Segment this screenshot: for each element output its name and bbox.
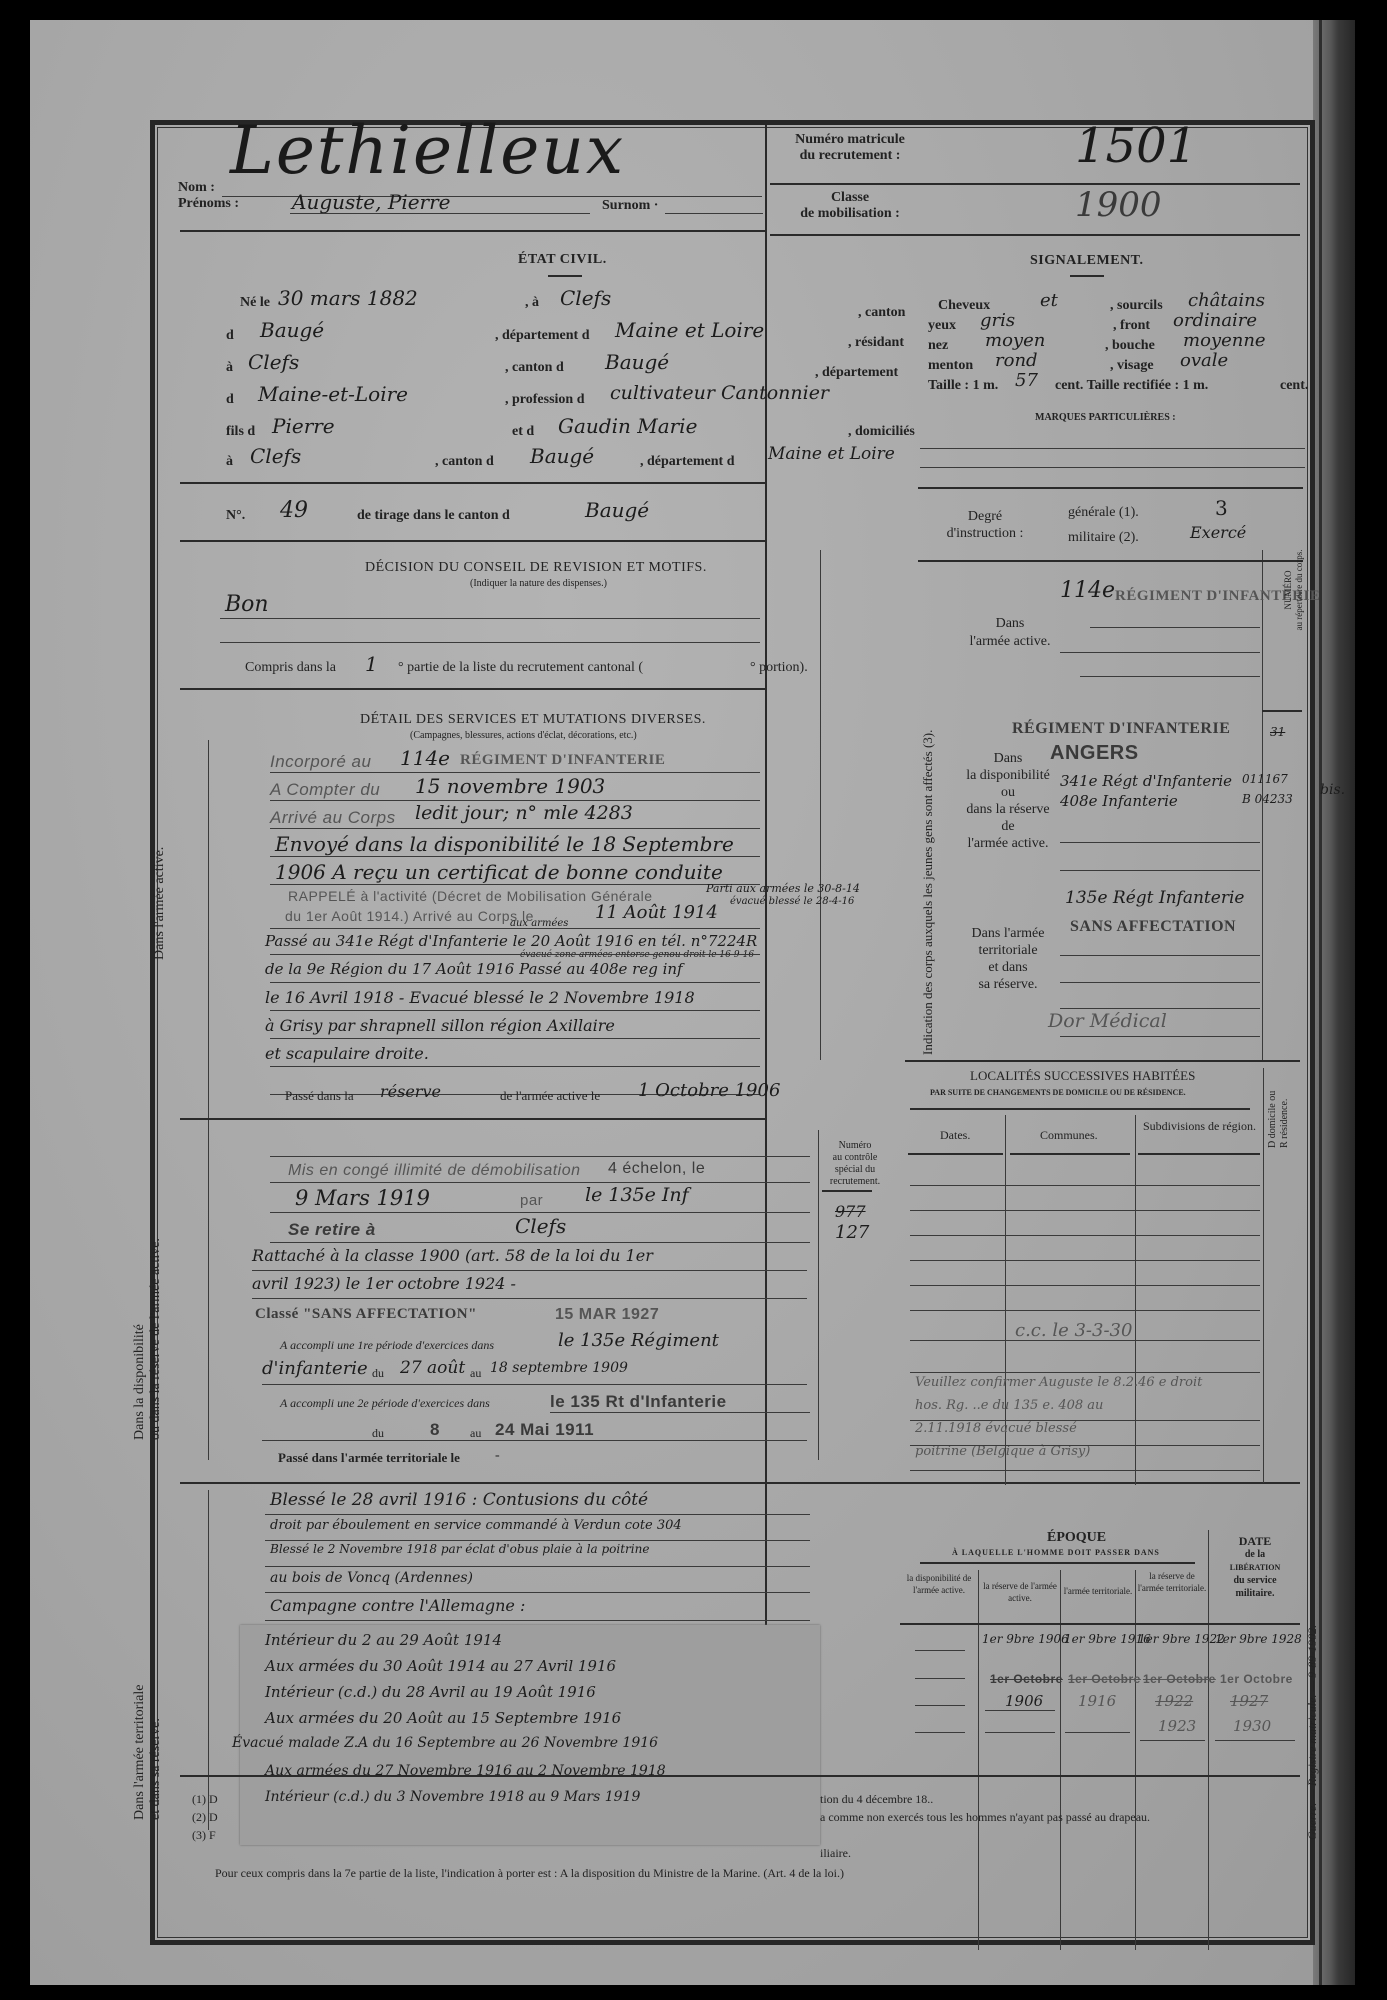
footnote-1-tail: tion du 4 décembre 18.. bbox=[820, 1792, 933, 1807]
date-label-1: DATE bbox=[1210, 1535, 1300, 1548]
surnom-label: Surnom · bbox=[602, 198, 658, 214]
dr-label-1: D domicile ou bbox=[1267, 1091, 1279, 1148]
numero-matricule-value: 1501 bbox=[1075, 118, 1197, 174]
ne-le-value: 30 mars 1882 bbox=[278, 286, 418, 310]
epoque-col-4: la réserve de l'armée territoriale. bbox=[1137, 1570, 1207, 1594]
localites-entry-cc: c.c. le 3-3-30 bbox=[1015, 1320, 1132, 1341]
residant-label: , résidant bbox=[848, 335, 904, 351]
front-label: , front bbox=[1113, 318, 1150, 334]
rule bbox=[915, 1705, 965, 1706]
rule bbox=[1065, 1732, 1130, 1733]
divider bbox=[770, 183, 1300, 185]
detail-line-5: et scapulaire droite. bbox=[265, 1044, 429, 1063]
terr-line-5: Campagne contre l'Allemagne : bbox=[270, 1596, 525, 1615]
passe-date-value: 1 Octobre 1906 bbox=[638, 1080, 780, 1101]
localites-note-3: 2.11.1918 évacué blessé bbox=[915, 1421, 1077, 1436]
dispo-label-6: l'armée active. bbox=[948, 835, 1068, 852]
divider bbox=[180, 688, 765, 690]
rule bbox=[270, 800, 760, 801]
conge-date: 9 Mars 1919 bbox=[295, 1186, 430, 1210]
liberation-header: DATE de la LIBÉRATION du service militai… bbox=[1210, 1535, 1300, 1600]
rule bbox=[900, 1623, 1300, 1625]
nom-value: Lethielleux bbox=[230, 112, 625, 189]
a-value: Clefs bbox=[560, 286, 611, 310]
rule bbox=[270, 772, 760, 773]
affect-dispo-numero-1: 011167 bbox=[1242, 772, 1288, 786]
side-label-active: Dans l'armée active. bbox=[152, 847, 168, 960]
rule bbox=[915, 1650, 965, 1651]
service-line-2: 1906 A reçu un certificat de bonne condu… bbox=[275, 860, 723, 884]
terr-label-4: sa réserve. bbox=[948, 976, 1068, 993]
epoque-col-3: l'armée territoriale. bbox=[1062, 1585, 1134, 1597]
rule bbox=[1090, 627, 1260, 628]
controle-value-1: 977 bbox=[835, 1202, 866, 1221]
marques-label: MARQUES PARTICULIÈRES : bbox=[1035, 412, 1176, 423]
title-rule bbox=[548, 275, 582, 277]
retire-value: Clefs bbox=[515, 1214, 566, 1238]
residant-canton-label: , canton d bbox=[505, 360, 564, 376]
side-label-dispo-1: Dans la disponibilité bbox=[132, 1238, 148, 1440]
terr-label-1: Dans l'armée bbox=[948, 925, 1068, 942]
detail-line-2: de la 9e Région du 17 Août 1916 Passé au… bbox=[265, 960, 683, 978]
ne-le-label: Né le bbox=[240, 295, 270, 311]
affect-active-label: Dans l'armée active. bbox=[955, 615, 1065, 651]
residant-departement-value: Maine-et-Loire bbox=[258, 382, 408, 406]
numero-label-2: du recrutement : bbox=[780, 148, 920, 164]
annotation-top-2: évacué blessé le 28-4-16 bbox=[730, 896, 854, 907]
epoque-col bbox=[1135, 1570, 1136, 1950]
militaire-value: Exercé bbox=[1190, 523, 1246, 542]
footnote-2-tail: a comme non exercés tous les hommes n'ay… bbox=[820, 1810, 1150, 1825]
detail-line-4: à Grisy par shrapnell sillon région Axil… bbox=[265, 1016, 615, 1035]
rattache-line-2: avril 1923) le 1er octobre 1924 - bbox=[252, 1274, 516, 1293]
rule bbox=[270, 828, 760, 829]
conseil-decision-value: Bon bbox=[225, 592, 269, 617]
localites-col-communes: Communes. bbox=[1040, 1128, 1098, 1143]
epoque-r3-c4: 1922 bbox=[1155, 1692, 1193, 1710]
affect-terr-value: 135e Régt Infanterie bbox=[1065, 888, 1244, 908]
rule bbox=[910, 1285, 1260, 1286]
periode2-au-label: au bbox=[470, 1426, 481, 1441]
periode2-value: le 135 Rt d'Infanterie bbox=[550, 1392, 727, 1412]
annotation-aux-armees: aux armées bbox=[510, 918, 568, 929]
col-divider bbox=[1263, 1068, 1264, 1483]
rule bbox=[220, 642, 760, 643]
numero-label-1: Numéro matricule bbox=[780, 132, 920, 148]
rule bbox=[1060, 1036, 1260, 1037]
compter-label: A Compter du bbox=[270, 780, 380, 800]
taille-rectifiee-label: cent. Taille rectifiée : 1 m. bbox=[1055, 378, 1208, 394]
rule bbox=[1262, 710, 1302, 712]
affect-dispo-numero-2: B 04233 bbox=[1242, 792, 1293, 806]
par-value: le 135e Inf bbox=[585, 1184, 689, 1206]
divider bbox=[180, 1482, 1300, 1484]
epoque-col-2: la réserve de l'armée active. bbox=[980, 1580, 1060, 1604]
rule bbox=[910, 1420, 1260, 1421]
side-label-dispo-2: ou dans la réserve de l'armée active. bbox=[148, 1238, 164, 1440]
rule bbox=[985, 1710, 1055, 1711]
affect-terr-stamp: SANS AFFECTATION bbox=[1070, 918, 1236, 936]
periode2-au-value: 24 Mai 1911 bbox=[495, 1420, 594, 1440]
terr-label-2: territoriale bbox=[948, 942, 1068, 959]
rule bbox=[252, 1298, 807, 1299]
divider bbox=[918, 487, 1303, 489]
epoque-r2-c3: 1er Octobre bbox=[1068, 1672, 1141, 1686]
periode1-value-2: d'infanterie bbox=[262, 1358, 368, 1379]
residant-value: Clefs bbox=[248, 350, 299, 374]
epoque-divider bbox=[1208, 1530, 1209, 1950]
rule bbox=[270, 1066, 760, 1067]
compris-label-2: ° partie de la liste du recrutement cant… bbox=[398, 660, 643, 676]
periode1-du-value: 27 août bbox=[400, 1358, 465, 1378]
domicile-departement-value: Maine et Loire bbox=[768, 444, 895, 464]
divider bbox=[180, 482, 765, 484]
sourcils-label: , sourcils bbox=[1110, 298, 1163, 314]
rule bbox=[265, 1592, 810, 1593]
rule bbox=[910, 1470, 1260, 1471]
degre-label-1: Degré bbox=[925, 508, 1045, 525]
rattache-line-1: Rattaché à la classe 1900 (art. 58 de la… bbox=[252, 1246, 653, 1265]
rule bbox=[1010, 1153, 1130, 1155]
rule bbox=[270, 954, 760, 955]
domicile-residence-label: D domicile ou R résidence. bbox=[1267, 1091, 1291, 1148]
terr-line-4: au bois de Voncq (Ardennes) bbox=[270, 1570, 473, 1586]
rappele-value: 11 Août 1914 bbox=[595, 902, 718, 923]
classe-label-2: de mobilisation : bbox=[780, 206, 920, 222]
arrive-label: Arrivé au Corps bbox=[270, 808, 396, 828]
controle-label-4: recrutement. bbox=[822, 1176, 888, 1188]
rule bbox=[920, 1562, 1195, 1564]
rule bbox=[265, 1620, 810, 1621]
rule bbox=[270, 1010, 760, 1011]
taille-label: Taille : 1 m. bbox=[928, 378, 998, 394]
side-label-dispo: Dans la disponibilité ou dans la réserve… bbox=[132, 1238, 164, 1440]
generale-label: générale (1). bbox=[1068, 505, 1139, 521]
pere-value: Pierre bbox=[272, 414, 335, 438]
affect-dispo-stamp-2: ANGERS bbox=[1050, 742, 1139, 765]
footnote-3-tail: iliaire. bbox=[820, 1846, 851, 1861]
localites-note-2: hos. Rg. ..e du 135 e. 408 au bbox=[915, 1398, 1103, 1413]
date-label-3: LIBÉRATION bbox=[1210, 1561, 1300, 1574]
localites-subtitle: PAR SUITE DE CHANGEMENTS DE DOMICILE OU … bbox=[930, 1088, 1186, 1097]
localites-col-subdivisions: Subdivisions de région. bbox=[1142, 1120, 1257, 1133]
yeux-label: yeux bbox=[928, 318, 956, 334]
compris-label: Compris dans la bbox=[245, 660, 336, 676]
rule bbox=[910, 1260, 1260, 1261]
rule bbox=[1060, 982, 1260, 983]
affect-dispo-label: Dans la disponibilité ou dans la réserve… bbox=[948, 750, 1068, 852]
pasted-campaign-slip: Intérieur du 2 au 29 Août 1914 Aux armée… bbox=[240, 1625, 820, 1845]
side-label-terr-2: et dans sa réserve. bbox=[148, 1685, 164, 1820]
terr-line-3: Blessé le 2 Novembre 1918 par éclat d'ob… bbox=[270, 1542, 649, 1556]
territoriale-label: Passé dans l'armée territoriale le bbox=[278, 1450, 460, 1466]
terr-line-1: Blessé le 28 avril 1916 : Contusions du … bbox=[270, 1490, 648, 1510]
services-bracket bbox=[208, 740, 209, 1150]
services-subtitle: (Campagnes, blessures, actions d'éclat, … bbox=[410, 730, 637, 741]
profession-value: cultivateur Cantonnier bbox=[610, 382, 829, 404]
campaign-line-3: Intérieur (c.d.) du 28 Avril au 19 Août … bbox=[265, 1683, 596, 1701]
epoque-r2-c4: 1er Octobre bbox=[1143, 1672, 1216, 1686]
epoque-col-1: la disponibilité de l'armée active. bbox=[900, 1572, 978, 1596]
rule bbox=[550, 1412, 810, 1413]
epoque-r3-c3: 1916 bbox=[1078, 1692, 1116, 1710]
localites-note-4: poitrine (Belgique à Grisy) bbox=[915, 1444, 1090, 1459]
prenoms-line bbox=[290, 213, 590, 214]
date-label-4: du service bbox=[1210, 1574, 1300, 1587]
campaign-line-1: Intérieur du 2 au 29 Août 1914 bbox=[265, 1631, 502, 1649]
rule bbox=[252, 1270, 807, 1271]
campaign-line-4: Aux armées du 20 Août au 15 Septembre 19… bbox=[265, 1709, 621, 1727]
militaire-label: militaire (2). bbox=[1068, 530, 1139, 546]
tirage-label: de tirage dans le canton d bbox=[357, 508, 510, 524]
rule bbox=[1080, 676, 1260, 677]
domicile-value: Clefs bbox=[250, 444, 301, 468]
rule bbox=[910, 1210, 1260, 1211]
residant-a-label: à bbox=[226, 360, 233, 376]
front-value: ordinaire bbox=[1173, 310, 1257, 331]
nez-label: nez bbox=[928, 338, 948, 354]
rule bbox=[910, 1235, 1260, 1236]
rule bbox=[270, 1212, 810, 1213]
epoque-r3-c5: 1927 bbox=[1230, 1692, 1268, 1710]
side-label-terr-1: Dans l'armée territoriale bbox=[132, 1685, 148, 1820]
dr-label-2: R résidence. bbox=[1279, 1091, 1291, 1148]
periode1-du-label: du bbox=[372, 1366, 384, 1381]
title-rule bbox=[1070, 275, 1104, 277]
nez-value: moyen bbox=[985, 330, 1045, 351]
menton-label: menton bbox=[928, 358, 973, 374]
campaign-line-7: Intérieur (c.d.) du 3 Novembre 1918 au 9… bbox=[265, 1789, 640, 1805]
residant-departement-label: , département bbox=[815, 365, 898, 381]
rule bbox=[910, 1108, 1250, 1110]
rule bbox=[1060, 1008, 1260, 1009]
yeux-value: gris bbox=[980, 310, 1015, 331]
rappele-label-2: du 1er Août 1914.) Arrivé au Corps le bbox=[285, 908, 534, 924]
footnote-2: (2) D bbox=[192, 1810, 218, 1825]
compris-value: 1 bbox=[365, 652, 378, 676]
conseil-subtitle: (Indiquer la nature des dispenses.) bbox=[470, 578, 607, 589]
active-label-2: l'armée active. bbox=[955, 633, 1065, 651]
rule bbox=[265, 1566, 810, 1567]
active-label-1: Dans bbox=[955, 615, 1065, 633]
rule bbox=[270, 884, 760, 885]
dept-de-label: d bbox=[226, 392, 234, 408]
classe-mobilisation-label: Classe de mobilisation : bbox=[780, 190, 920, 222]
conseil-title: DÉCISION DU CONSEIL DE REVISION ET MOTIF… bbox=[365, 560, 707, 576]
passe-label-2: de l'armée active le bbox=[500, 1088, 600, 1104]
annotation-mid: évacué zone armées entorse genou droit l… bbox=[520, 950, 754, 960]
rule bbox=[915, 1678, 965, 1679]
affect-terr-label: Dans l'armée territoriale et dans sa rés… bbox=[948, 925, 1068, 993]
terr-line-2: droit par éboulement en service commandé… bbox=[270, 1518, 682, 1533]
rule bbox=[1060, 842, 1260, 843]
dispo-label-3: ou bbox=[948, 784, 1068, 801]
taille-value: 57 bbox=[1015, 370, 1038, 391]
rule bbox=[1060, 870, 1260, 871]
epoque-r1-c5: 1er 9bre 1928 bbox=[1215, 1632, 1302, 1646]
domicile-a-label: à bbox=[226, 454, 233, 470]
periode1-au-value: 18 septembre 1909 bbox=[490, 1360, 628, 1376]
detail-line-1: Passé au 341e Régt d'Infanterie le 20 Ao… bbox=[265, 932, 757, 950]
classe-mobilisation-value: 1900 bbox=[1075, 185, 1162, 225]
rule bbox=[910, 1185, 1260, 1186]
rule bbox=[822, 1190, 872, 1192]
divider bbox=[180, 230, 765, 232]
epoque-r4-c4: 1923 bbox=[1158, 1717, 1196, 1735]
dispo-label-5: de bbox=[948, 818, 1068, 835]
retire-label: Se retire à bbox=[288, 1220, 376, 1240]
dispo-label-4: dans la réserve bbox=[948, 801, 1068, 818]
terr-bracket bbox=[208, 1490, 209, 1830]
fils-de-label: fils d bbox=[226, 424, 255, 440]
localites-title: LOCALITÉS SUCCESSIVES HABITÉES bbox=[970, 1068, 1195, 1084]
periode2-du-label: du bbox=[372, 1426, 384, 1441]
tirage-no-label: N°. bbox=[226, 508, 245, 524]
register-page: Nom : Lethielleux Prénoms : Auguste, Pie… bbox=[30, 20, 1355, 1985]
rule bbox=[270, 1182, 810, 1183]
footnote-1: (1) D bbox=[192, 1792, 218, 1807]
departement-label: , département d bbox=[495, 328, 590, 344]
rule bbox=[1060, 955, 1260, 956]
controle-label-1: Numéro bbox=[822, 1140, 888, 1152]
divider bbox=[918, 560, 1303, 562]
affectations-side-label: Indication des corps auxquels les jeunes… bbox=[920, 730, 936, 1055]
printer-imprint: Guerre. — Registre matricule. — 9-89-190… bbox=[1305, 1625, 1320, 1840]
rule bbox=[270, 1038, 760, 1039]
footnote-4: Pour ceux compris dans la 7e partie de l… bbox=[215, 1866, 844, 1881]
divider bbox=[180, 1118, 765, 1120]
annotation-top-1: Parti aux armées le 30-8-14 bbox=[706, 882, 860, 895]
date-label-5: militaire. bbox=[1210, 1587, 1300, 1600]
controle-header: Numéro au contrôle spécial du recrutemen… bbox=[822, 1140, 888, 1188]
classe-sans-affectation: Classé "SANS AFFECTATION" bbox=[255, 1306, 477, 1323]
passe-label: Passé dans la bbox=[285, 1088, 354, 1104]
arrive-value: ledit jour; n° mle 4283 bbox=[415, 802, 633, 824]
conge-echelon: 4 échelon, le bbox=[608, 1160, 705, 1178]
departement-value: Maine et Loire bbox=[615, 318, 764, 342]
rule bbox=[1060, 652, 1260, 653]
numero-repertoire-label: NUMÉRO au répertoire du corps. bbox=[1283, 530, 1305, 650]
periode1-au-label: au bbox=[470, 1366, 481, 1381]
affect-side-divider bbox=[820, 550, 821, 1060]
services-title: DÉTAIL DES SERVICES ET MUTATIONS DIVERSE… bbox=[360, 712, 706, 728]
profession-label: , profession d bbox=[505, 392, 584, 408]
bouche-value: moyenne bbox=[1183, 330, 1266, 351]
a-label: , à bbox=[525, 295, 539, 311]
sourcils-value: châtains bbox=[1188, 290, 1265, 311]
epoque-col bbox=[1060, 1570, 1061, 1950]
rule bbox=[270, 1156, 810, 1157]
degre-instruction-label: Degré d'instruction : bbox=[925, 508, 1045, 542]
campaign-line-5: Évacué malade Z.A du 16 Septembre au 26 … bbox=[232, 1735, 658, 1751]
epoque-r2-c2: 1er Octobre bbox=[990, 1672, 1063, 1686]
rule bbox=[262, 1440, 807, 1441]
canton-value: Baugé bbox=[260, 318, 324, 342]
epoque-r1-c2: 1er 9bre 1906 bbox=[982, 1632, 1069, 1646]
numero-matricule-label: Numéro matricule du recrutement : bbox=[780, 132, 920, 164]
dispo-bracket bbox=[208, 1150, 209, 1460]
affect-dispo-stamp-1: RÉGIMENT D'INFANTERIE bbox=[1012, 720, 1230, 738]
epoque-title: ÉPOQUE bbox=[1047, 1530, 1106, 1546]
conge-label: Mis en congé illimité de démobilisation bbox=[288, 1162, 581, 1180]
rule bbox=[262, 1384, 807, 1385]
affect-terr-bottom: Dor Médical bbox=[1048, 1010, 1167, 1032]
periode2-label: A accompli une 2e période d'exercices da… bbox=[280, 1396, 490, 1411]
divider bbox=[180, 540, 765, 542]
par-label: par bbox=[520, 1192, 543, 1209]
incorpore-label: Incorporé au bbox=[270, 752, 371, 772]
numero-rep-2: au répertoire du corps. bbox=[1294, 530, 1305, 650]
side-label-terr: Dans l'armée territoriale et dans sa rés… bbox=[132, 1685, 164, 1820]
rule bbox=[908, 1153, 1003, 1155]
controle-label-3: spécial du bbox=[822, 1164, 888, 1176]
tirage-canton-value: Baugé bbox=[585, 498, 649, 522]
rule bbox=[920, 448, 1305, 449]
rule bbox=[915, 1732, 965, 1733]
etat-civil-title: ÉTAT CIVIL. bbox=[518, 252, 607, 268]
mere-value: Gaudin Marie bbox=[558, 414, 697, 438]
affect-active-value: 114e bbox=[1060, 578, 1115, 603]
rule bbox=[265, 1540, 810, 1541]
periode1-value: le 135e Régiment bbox=[558, 1330, 719, 1351]
incorpore-value: 114e bbox=[400, 746, 450, 770]
localites-note-1: Veuillez confirmer Auguste le 8.2.46 e d… bbox=[915, 1375, 1202, 1390]
localites-col-dates: Dates. bbox=[940, 1128, 970, 1143]
epoque-col bbox=[978, 1570, 979, 1950]
prenoms-label: Prénoms : bbox=[178, 196, 239, 212]
classe-stamp: 15 MAR 1927 bbox=[555, 1306, 659, 1324]
campaign-line-2: Aux armées du 30 Août 1914 au 27 Avril 1… bbox=[265, 1657, 616, 1675]
terr-label-3: et dans bbox=[948, 959, 1068, 976]
residant-canton-value: Baugé bbox=[605, 350, 669, 374]
surnom-line bbox=[665, 213, 763, 214]
detail-line-3: le 16 Avril 1918 - Evacué blessé le 2 No… bbox=[265, 988, 695, 1007]
menton-value: rond bbox=[995, 350, 1038, 371]
visage-value: ovale bbox=[1180, 350, 1228, 371]
prenoms-value: Auguste, Pierre bbox=[292, 190, 451, 214]
epoque-r3-c2: 1906 bbox=[1005, 1692, 1043, 1710]
canton-label: , canton bbox=[858, 305, 905, 321]
rule bbox=[270, 856, 760, 857]
compter-value: 15 novembre 1903 bbox=[415, 774, 605, 798]
date-label-2: de la bbox=[1210, 1548, 1300, 1561]
rule bbox=[910, 1310, 1260, 1311]
epoque-r4-c5: 1930 bbox=[1233, 1717, 1271, 1735]
affect-dispo-value-2: 408e Infanterie bbox=[1060, 792, 1178, 810]
compris-label-3: ° portion). bbox=[750, 660, 808, 676]
domicile-departement-label: , département d bbox=[640, 454, 735, 470]
footnote-3: (3) F bbox=[192, 1828, 216, 1843]
controle-label-2: au contrôle bbox=[822, 1152, 888, 1164]
col-divider bbox=[1135, 1115, 1136, 1485]
rule bbox=[1215, 1740, 1295, 1741]
affect-dispo-crossed: 31 bbox=[1270, 725, 1285, 739]
rule bbox=[265, 1514, 810, 1515]
signalement-title: SIGNALEMENT. bbox=[1030, 253, 1143, 269]
domicile-canton-label: , canton d bbox=[435, 454, 494, 470]
rule bbox=[270, 1242, 810, 1243]
incorpore-stamp: RÉGIMENT D'INFANTERIE bbox=[460, 752, 665, 769]
rule bbox=[1140, 1740, 1205, 1741]
numero-rep-1: NUMÉRO bbox=[1283, 530, 1294, 650]
epoque-r2-c5: 1er Octobre bbox=[1220, 1672, 1293, 1686]
periode1-label: A accompli une 1re période d'exercices d… bbox=[280, 1338, 494, 1353]
domicile-canton-value: Baugé bbox=[530, 444, 594, 468]
degre-label-2: d'instruction : bbox=[925, 525, 1045, 542]
rule bbox=[1138, 1153, 1260, 1155]
controle-divider bbox=[818, 1130, 819, 1460]
rule bbox=[910, 1372, 1260, 1373]
